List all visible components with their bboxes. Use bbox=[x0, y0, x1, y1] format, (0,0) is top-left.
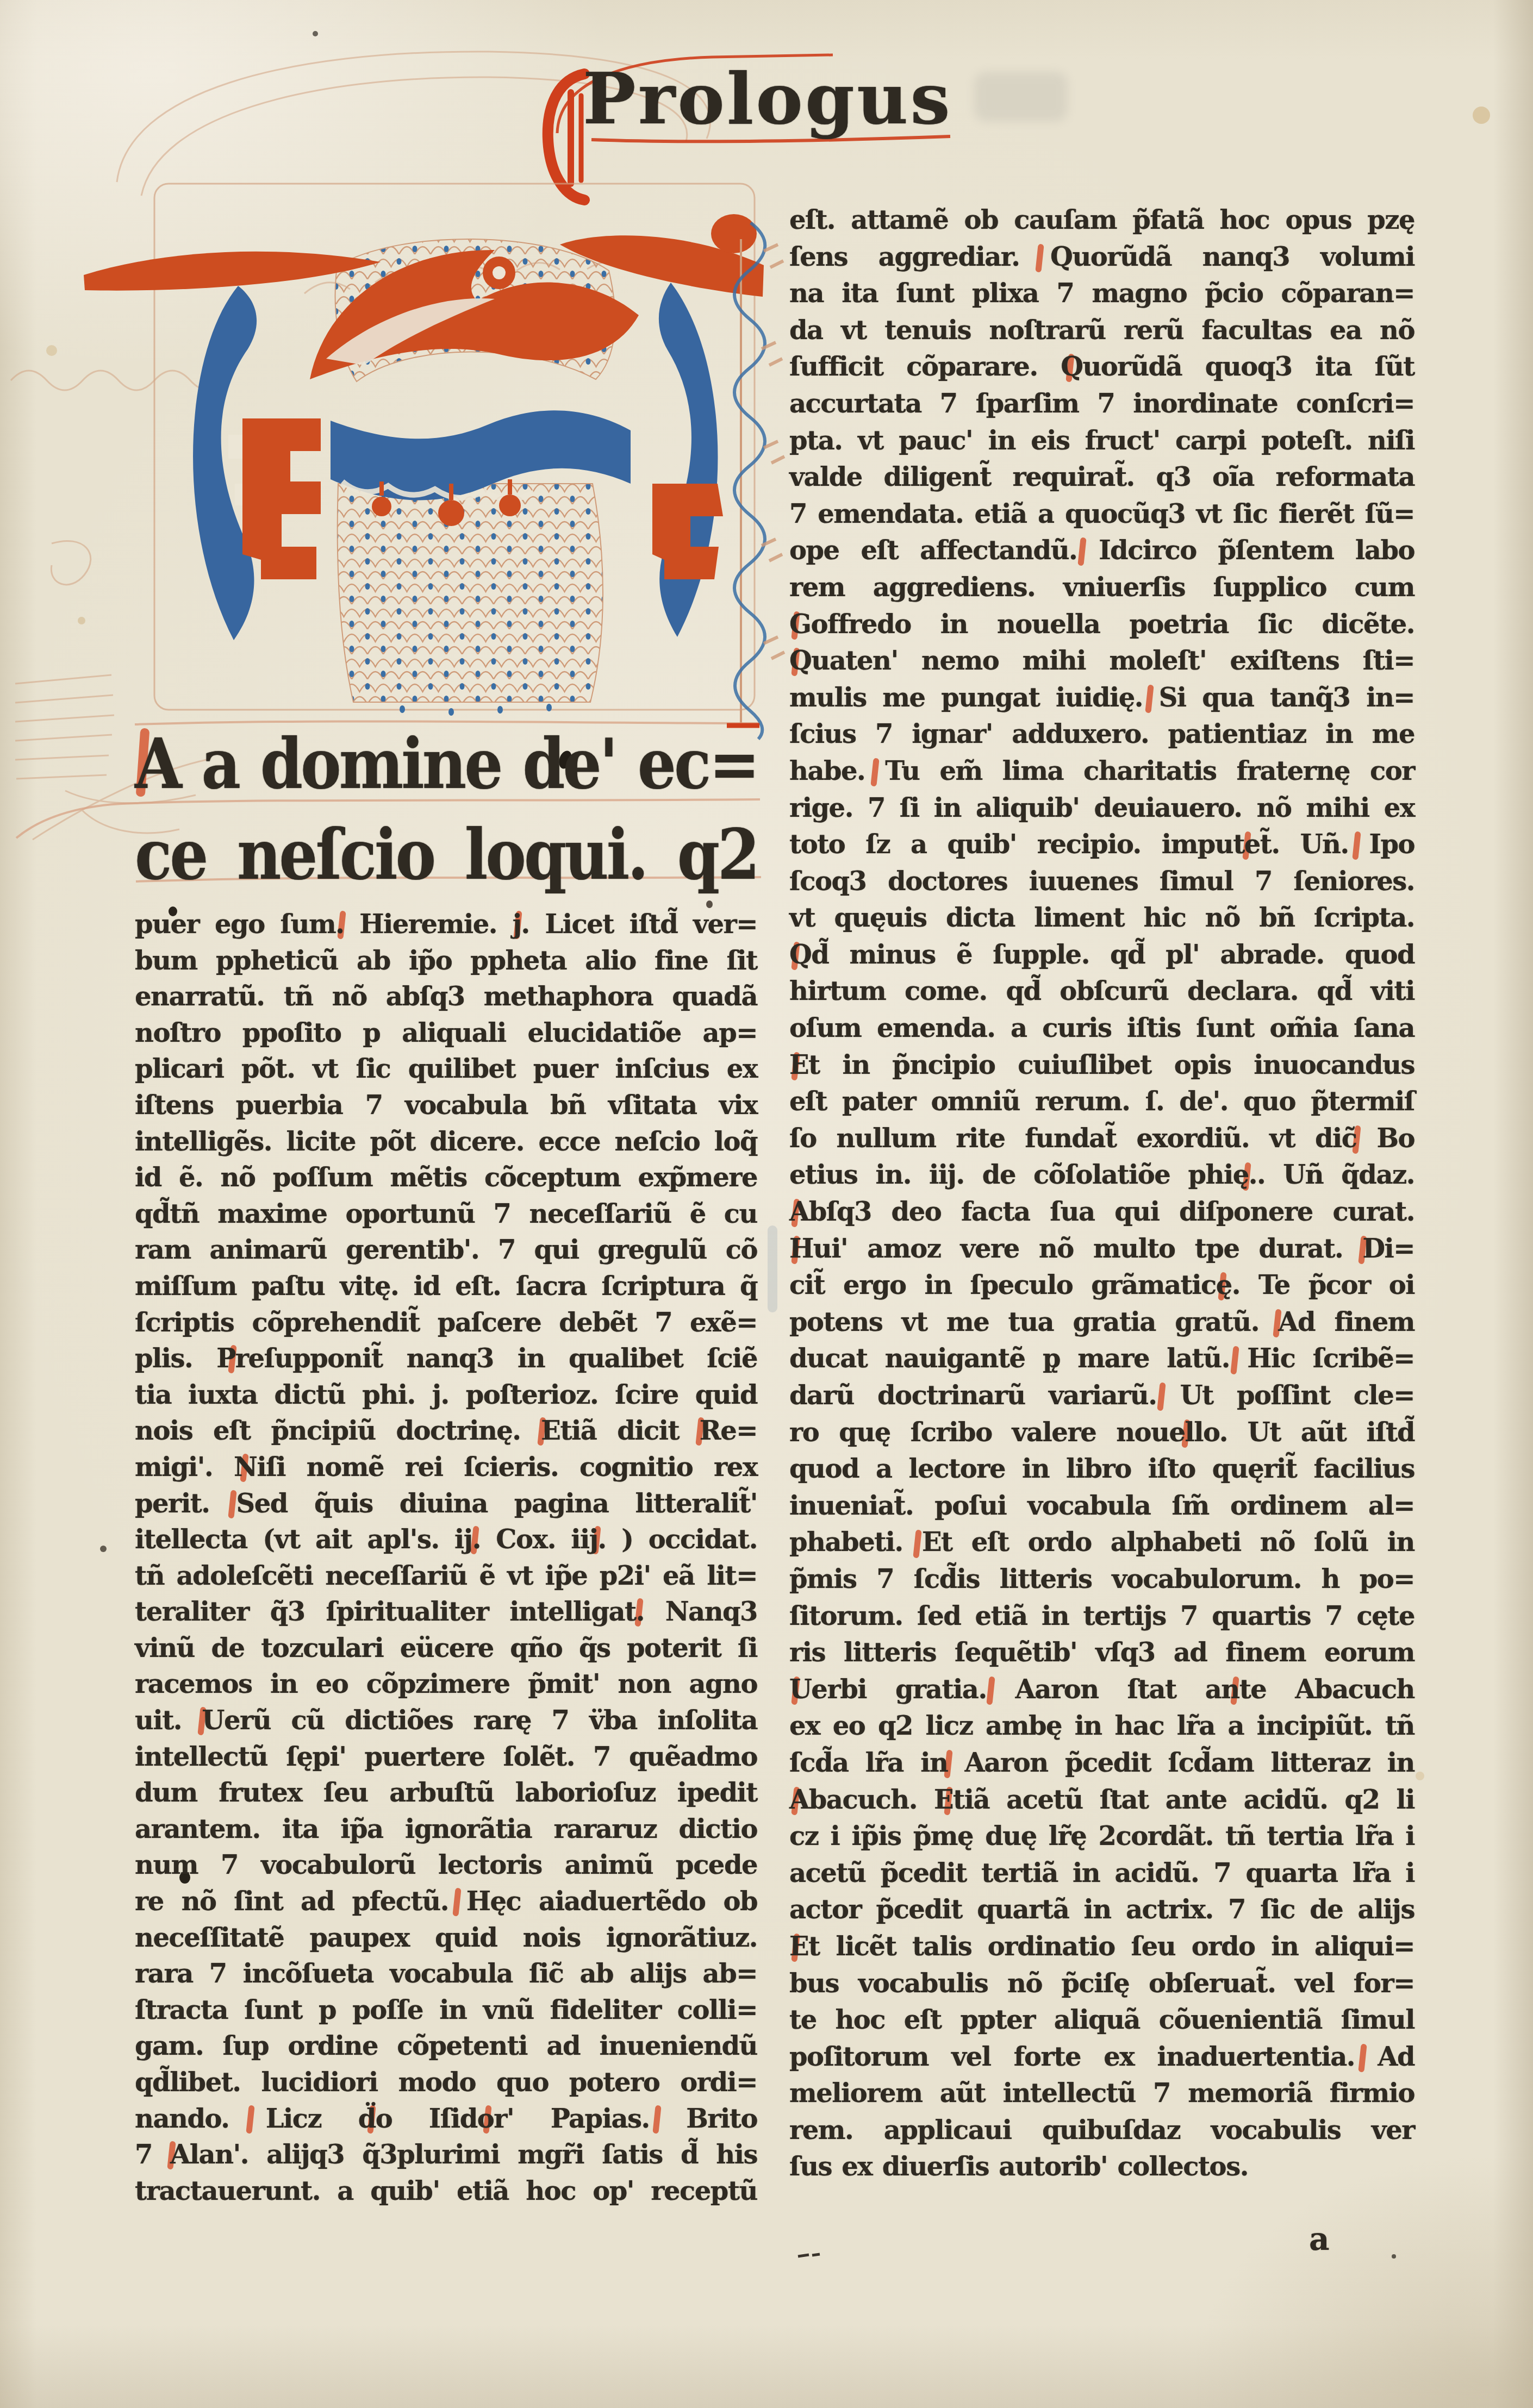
text-line: rem. applicaui quibuſdaz vocabulis ver bbox=[789, 2112, 1414, 2149]
text-line: phabeti. Et eſt ordo alphabeti nõ ſolũ i… bbox=[789, 1524, 1414, 1561]
text-line: acetũ p̃cedit tertiã in acidũ. 7 quarta … bbox=[789, 1855, 1414, 1892]
text-line: ſcriptis cõprehendit̃ paſcere debẽt 7 ex… bbox=[135, 1305, 757, 1341]
text-line: Qd̃ minus ẽ ſupple. qd̃ pl' abrade. quod bbox=[789, 937, 1414, 974]
text-line: ſcius 7 ignar' adduxero. patientiaz in m… bbox=[789, 716, 1414, 753]
pilcrow-icon bbox=[548, 74, 584, 200]
text-line: oſum emenda. a curis iſtis ſunt om̃ia ſa… bbox=[789, 1010, 1414, 1047]
page-title: Prologus bbox=[583, 63, 963, 135]
text-line: enarratũ. tñ nõ abſq3 methaphora quadã bbox=[135, 979, 757, 1015]
text-line: puer ego ſum. Hieremie. j. Licet iſtd̃ v… bbox=[135, 906, 757, 943]
text-line: id ẽ. nõ poſſum mẽtis cõceptum exp̃mere bbox=[135, 1160, 757, 1196]
text-line: ſens aggrediar. Quorũdã nanq3 volumi bbox=[789, 239, 1414, 276]
text-line: nois eſt p̃ncipiũ doctrinę. Etiã dicit R… bbox=[135, 1413, 757, 1449]
manuscript-page: Prologus A a domine de' ec=ce neſcio loq… bbox=[0, 0, 1533, 2408]
text-line: hirtum come. qd̃ obſcurũ declara. qd̃ vi… bbox=[789, 973, 1414, 1010]
text-line: ſus ex diuerſis autorib' collectos. bbox=[789, 2149, 1414, 2186]
text-line: Et in p̃ncipio cuiuſlibet opis inuocandu… bbox=[789, 1047, 1414, 1084]
ink-smudge bbox=[974, 72, 1068, 122]
text-line: re nõ ſint ad pfectũ. Hęc aiaduertẽdo ob bbox=[135, 1884, 757, 1920]
text-line: itellecta (vt ait apl's. ij. Cox. iij. )… bbox=[135, 1522, 757, 1558]
text-line: cz i ip̃is p̃mę duę lr̃ę 2cordãt. tñ ter… bbox=[789, 1818, 1414, 1855]
initial-orange-steps-left bbox=[242, 418, 321, 579]
text-line: meliorem aũt intellectũ 7 memoriã firmio bbox=[789, 2075, 1414, 2112]
text-line: habe. Tu em̃ lima charitatis fraternę co… bbox=[789, 753, 1414, 790]
text-line: ce neſcio loqui. q2 bbox=[135, 803, 758, 906]
text-line: eſt pater omniũ rerum. ſ. de'. quo p̃ter… bbox=[789, 1084, 1414, 1121]
text-line: uit. Uerũ cũ dictiões rarę 7 v̈ba inſoli… bbox=[135, 1703, 757, 1739]
text-line: actor p̃cedit quartã in actrix. 7 ſic de… bbox=[789, 1892, 1414, 1929]
text-line: rem aggrediens. vniuerſis ſupplico cum bbox=[789, 570, 1414, 606]
text-line: 7 Alan'. alijq3 q̃3plurimi mgr̃i ſatis d… bbox=[135, 2137, 757, 2173]
text-line: potens vt me tua gratia gratũ. Ad finem bbox=[789, 1304, 1414, 1341]
text-line: nando. Licz d̈o Iſidor' Papias. Brito bbox=[135, 2101, 757, 2137]
text-line: arantem. ita ip̃a ignorãtia rararuz dict… bbox=[135, 1811, 757, 1848]
text-line: ſitorum. ſed etiã in tertijs 7 quartis 7… bbox=[789, 1598, 1414, 1635]
text-line: perit. Sed q̃uis diuina pagina litterali… bbox=[135, 1486, 757, 1522]
text-line: tñ adoleſcẽti neceſſariũ ẽ vt ip̃e p2i' … bbox=[135, 1558, 757, 1594]
text-line: tia iuxta dictũ phi. j. poſterioz. ſcire… bbox=[135, 1377, 757, 1413]
text-line: Abacuch. Etiã acetũ ſtat ante acidũ. q2 … bbox=[789, 1782, 1414, 1819]
text-line: plis. Preſupponit̃ nanq3 in qualibet ſci… bbox=[135, 1341, 757, 1377]
text-line: tractauerunt. a quib' etiã hoc op' recep… bbox=[135, 2173, 757, 2210]
incipit-display-lines: A a domine de' ec=ce neſcio loqui. q2 bbox=[135, 716, 758, 898]
text-line: quod a lectore in libro iſto quęrit̃ fac… bbox=[789, 1451, 1414, 1488]
text-line: poſitorum vel forte ex inaduertentia. Ad bbox=[789, 2039, 1414, 2076]
text-line: ris litteris ſequẽtib' vſq3 ad finem eor… bbox=[789, 1635, 1414, 1672]
initial-blue-crescent-right bbox=[659, 283, 718, 637]
text-line: da vt tenuis noſtrarũ rerũ facultas ea n… bbox=[789, 312, 1414, 349]
text-line: inueniat̃. poſui vocabula ſm̃ ordinem al… bbox=[789, 1488, 1414, 1525]
text-line: toto ſz a quib' recipio. imputet̃. Uñ. I… bbox=[789, 827, 1414, 864]
text-line: rige. 7 ſi in aliquib' deuiauero. nõ mih… bbox=[789, 790, 1414, 827]
text-line: iſtens puerbia 7 vocabula bñ vſitata vix bbox=[135, 1087, 757, 1124]
text-line: intelligẽs. licite põt dicere. ecce neſc… bbox=[135, 1124, 757, 1160]
text-line: Abſq3 deo facta ſua qui diſponere curat. bbox=[789, 1194, 1414, 1231]
text-line: Hui' amoz vere nõ multo tpe durat. Di= bbox=[789, 1231, 1414, 1268]
text-line: ducat nauigantẽ p̨ mare latũ. Hic ſcribẽ… bbox=[789, 1341, 1414, 1378]
text-line: plicari põt. vt ſic quilibet puer inſciu… bbox=[135, 1051, 757, 1087]
text-line: cit̃ ergo in ſpeculo grãmaticę. Te p̃cor… bbox=[789, 1267, 1414, 1304]
illuminated-initial bbox=[84, 184, 764, 716]
text-line: valde diligent̃ requirat̃. q3 oĩa reform… bbox=[789, 459, 1414, 496]
text-line: neceſſitatẽ paupex quid nois ignorãtiuz. bbox=[135, 1920, 757, 1956]
text-line: ſcoq3 doctores iuuenes ſimul 7 ſeniores. bbox=[789, 864, 1414, 900]
text-line: te hoc eſt ppter aliquã cõuenientiã ſimu… bbox=[789, 2002, 1414, 2039]
text-line: ex eo q2 licz ambę in hac lr̃a a incipiũ… bbox=[789, 1708, 1414, 1745]
text-line: Et licẽt talis ordinatio ſeu ordo in ali… bbox=[789, 1929, 1414, 1966]
text-line: teraliter q̃3 ſpiritualiter intelligat. … bbox=[135, 1594, 757, 1630]
text-line: rara 7 incõſueta vocabula ſic̃ ab alijs … bbox=[135, 1956, 757, 1992]
text-line: na ita ſunt plixa 7 magno p̃cio cõparan= bbox=[789, 276, 1414, 312]
text-line: ſtracta ſunt p poſſe in vnũ fideliter co… bbox=[135, 1992, 757, 2029]
text-line: vt quęuis dicta liment hic nõ bñ ſcripta… bbox=[789, 900, 1414, 937]
text-line: ſufficit cõparare. Quorũdã quoq3 ita ſũt bbox=[789, 349, 1414, 386]
text-line: bum ppheticũ ab ip̃o ppheta alio fine ſi… bbox=[135, 943, 757, 979]
text-line: p̃mis 7 ſcd̃is litteris vocabulorum. h p… bbox=[789, 1561, 1414, 1598]
left-text-column: puer ego ſum. Hieremie. j. Licet iſtd̃ v… bbox=[135, 906, 757, 2209]
text-line: racemos in eo cõpzimere p̃mit' non agno bbox=[135, 1666, 757, 1703]
text-line: ro quę ſcribo valere nouello. Ut aũt iſt… bbox=[789, 1415, 1414, 1452]
text-line: intellectũ ſępi' puertere ſolẽt. 7 quẽad… bbox=[135, 1739, 757, 1775]
right-text-column: eſt. attamẽ ob cauſam p̃fatã hoc opus pz… bbox=[789, 202, 1414, 2186]
text-line: etius in. iij. de cõſolatiõe phię.. Uñ q… bbox=[789, 1157, 1414, 1194]
text-line: num 7 vocabulorũ lectoris animũ pcede bbox=[135, 1847, 757, 1884]
text-line: noſtro ppoſito p aliquali elucidatiõe ap… bbox=[135, 1015, 757, 1052]
text-line: ope eſt affectandũ. Idcirco p̃ſentem lab… bbox=[789, 533, 1414, 570]
text-line: darũ doctrinarũ variarũ. Ut poſſint cle= bbox=[789, 1378, 1414, 1415]
text-line: mulis me pungat iuidię. Si qua tanq̃3 in… bbox=[789, 680, 1414, 717]
text-line: bus vocabulis nõ p̃ciſę obſeruat̃. vel f… bbox=[789, 1966, 1414, 2003]
text-line: ſo nullum rite fundat̃ exordiũ. vt dic̃ … bbox=[789, 1121, 1414, 1158]
text-line: miſſum paſtu vitę. id eſt. ſacra ſcriptu… bbox=[135, 1268, 757, 1305]
text-line: dum frutex ſeu arbuſtũ laborioſuz ipedit bbox=[135, 1775, 757, 1811]
text-line: gam. ſup ordine cõpetenti ad inueniendũ bbox=[135, 2028, 757, 2065]
text-line: qd̃tñ maxime oportunũ 7 neceſſariũ ẽ cu bbox=[135, 1196, 757, 1233]
text-line: A a domine de' ec= bbox=[135, 712, 758, 816]
text-line: ram animarũ gerentib'. 7 qui gregulũ cõ bbox=[135, 1232, 757, 1268]
text-line: eſt. attamẽ ob cauſam p̃fatã hoc opus pz… bbox=[789, 202, 1414, 239]
text-line: accurtata 7 ſparſim 7 inordinate conſcri… bbox=[789, 386, 1414, 423]
text-line: vinũ de tozculari eücere qño q̃s poterit… bbox=[135, 1630, 757, 1667]
text-line: Quaten' nemo mihi moleſt' exiſtens ſti= bbox=[789, 643, 1414, 680]
text-line: Goffredo in nouella poetria ſic dicẽte. bbox=[789, 606, 1414, 643]
text-line: ſcd̃a lr̃a in Aaron p̃cedit ſcd̃am litte… bbox=[789, 1745, 1414, 1782]
text-line: pta. vt pauc' in eis fruct' carpi poteſt… bbox=[789, 423, 1414, 460]
text-line: migi'. Niſi nomẽ rei ſcieris. cognitio r… bbox=[135, 1449, 757, 1486]
text-line: Uerbi gratia. Aaron ſtat ante Abacuch bbox=[789, 1672, 1414, 1709]
quire-signature: a bbox=[1309, 2221, 1330, 2257]
text-line: 7 emendata. etiã a quocũq3 vt ſic fierẽt… bbox=[789, 496, 1414, 533]
text-line: qd̃libet. lucidiori modo quo potero ordi… bbox=[135, 2065, 757, 2101]
